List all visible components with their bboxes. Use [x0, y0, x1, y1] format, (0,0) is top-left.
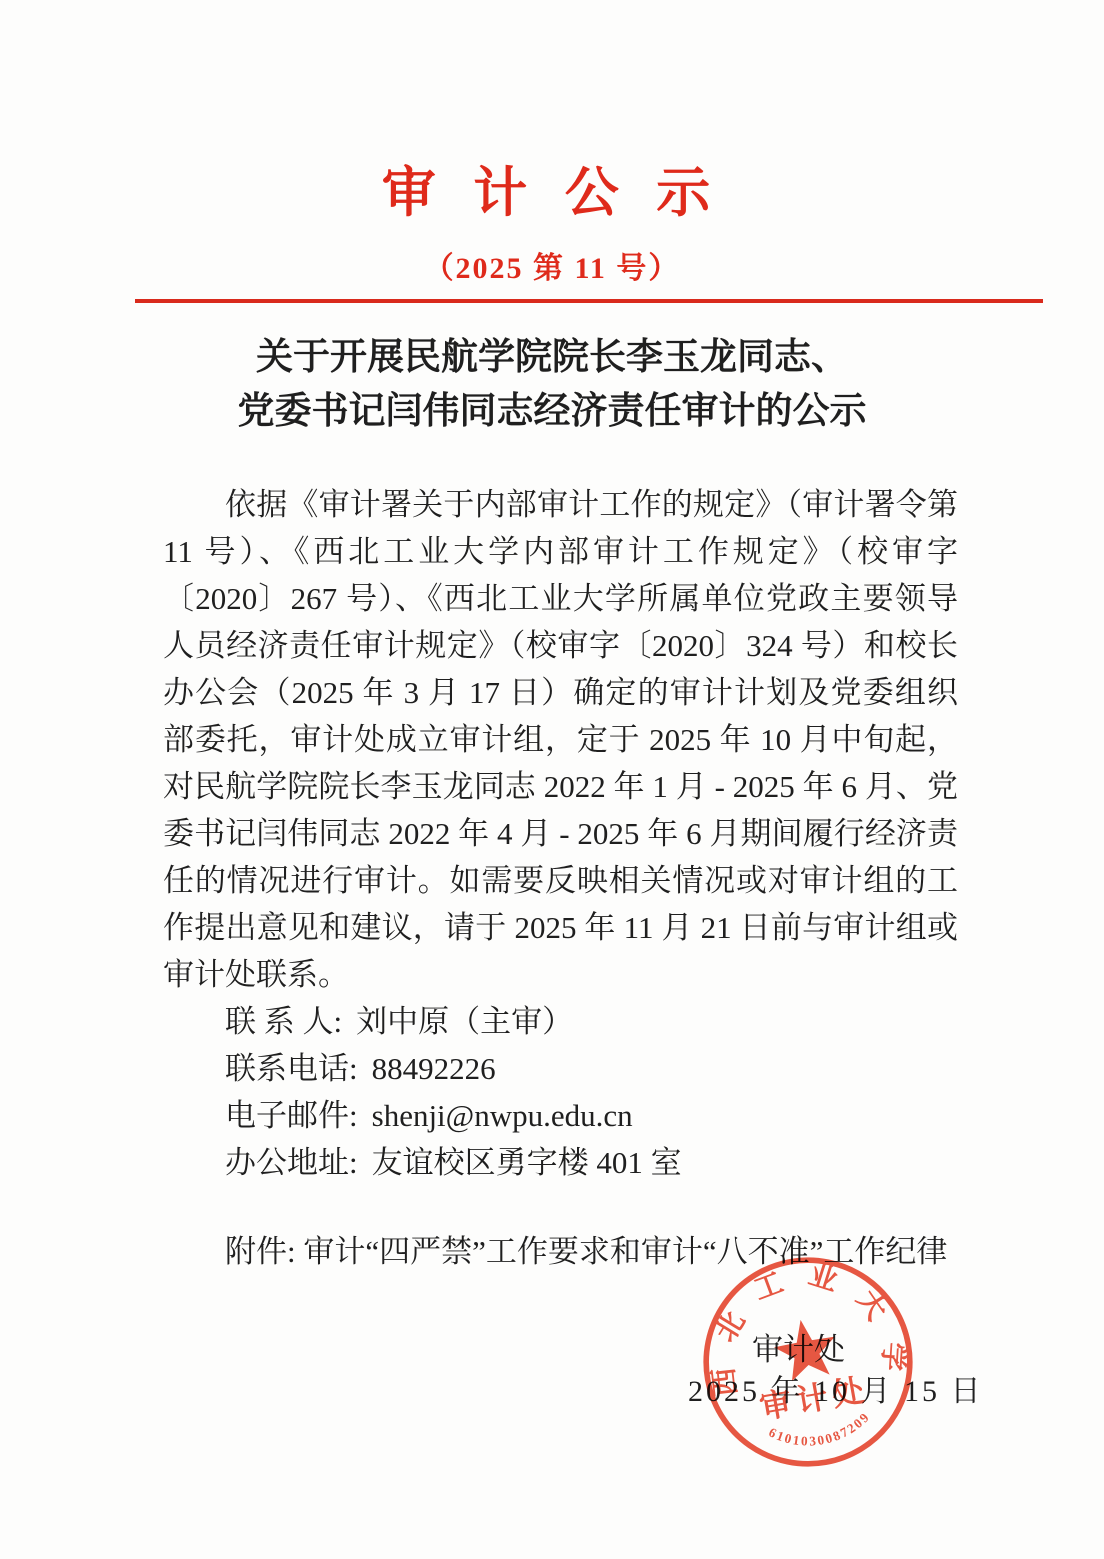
- body-paragraph: 依据《审计署关于内部审计工作的规定》（审计署令第 11 号）、《西北工业大学内部…: [163, 481, 958, 998]
- contact-person-label: 联 系 人:: [225, 1004, 342, 1039]
- seal-code-text: 6101030087209: [764, 1407, 876, 1456]
- seal-code-textpath: 6101030087209: [764, 1407, 876, 1456]
- contact-address-label: 办公地址:: [225, 1145, 358, 1180]
- notice-doc-number: （2025 第 11 号）: [0, 243, 1104, 287]
- signature-department: 审计处: [752, 1324, 845, 1369]
- subject-title-line2: 党委书记闫伟同志经济责任审计的公示: [0, 385, 1104, 439]
- contact-person-line: 联 系 人:刘中原（主审）: [163, 998, 958, 1045]
- contact-phone-line: 联系电话:88492226: [163, 1045, 958, 1092]
- contact-address-line: 办公地址:友谊校区勇字楼 401 室: [163, 1139, 958, 1186]
- audit-notice-page: 审 计 公 示 （2025 第 11 号） 关于开展民航学院院长李玉龙同志、 党…: [0, 0, 1104, 1559]
- contact-email-line: 电子邮件:shenji@nwpu.edu.cn: [163, 1092, 958, 1139]
- notice-title: 审 计 公 示: [0, 150, 1104, 227]
- subject-title-line1: 关于开展民航学院院长李玉龙同志、: [0, 331, 1104, 385]
- contact-phone-value: 88492226: [372, 1051, 496, 1086]
- subject-title: 关于开展民航学院院长李玉龙同志、 党委书记闫伟同志经济责任审计的公示: [0, 331, 1104, 439]
- contact-email-value: shenji@nwpu.edu.cn: [372, 1098, 633, 1133]
- contact-phone-label: 联系电话:: [225, 1051, 358, 1086]
- attachment-line: 附件: 审计“四严禁”工作要求和审计“八不准”工作纪律: [163, 1228, 958, 1275]
- signature-date: 2025 年 10 月 15 日: [688, 1366, 984, 1410]
- notice-body: 依据《审计署关于内部审计工作的规定》（审计署令第 11 号）、《西北工业大学内部…: [163, 481, 958, 1275]
- red-divider-line: [135, 299, 1043, 303]
- contact-email-label: 电子邮件:: [225, 1098, 358, 1133]
- contact-address-value: 友谊校区勇字楼 401 室: [372, 1145, 682, 1180]
- contact-person-value: 刘中原（主审）: [356, 1004, 573, 1039]
